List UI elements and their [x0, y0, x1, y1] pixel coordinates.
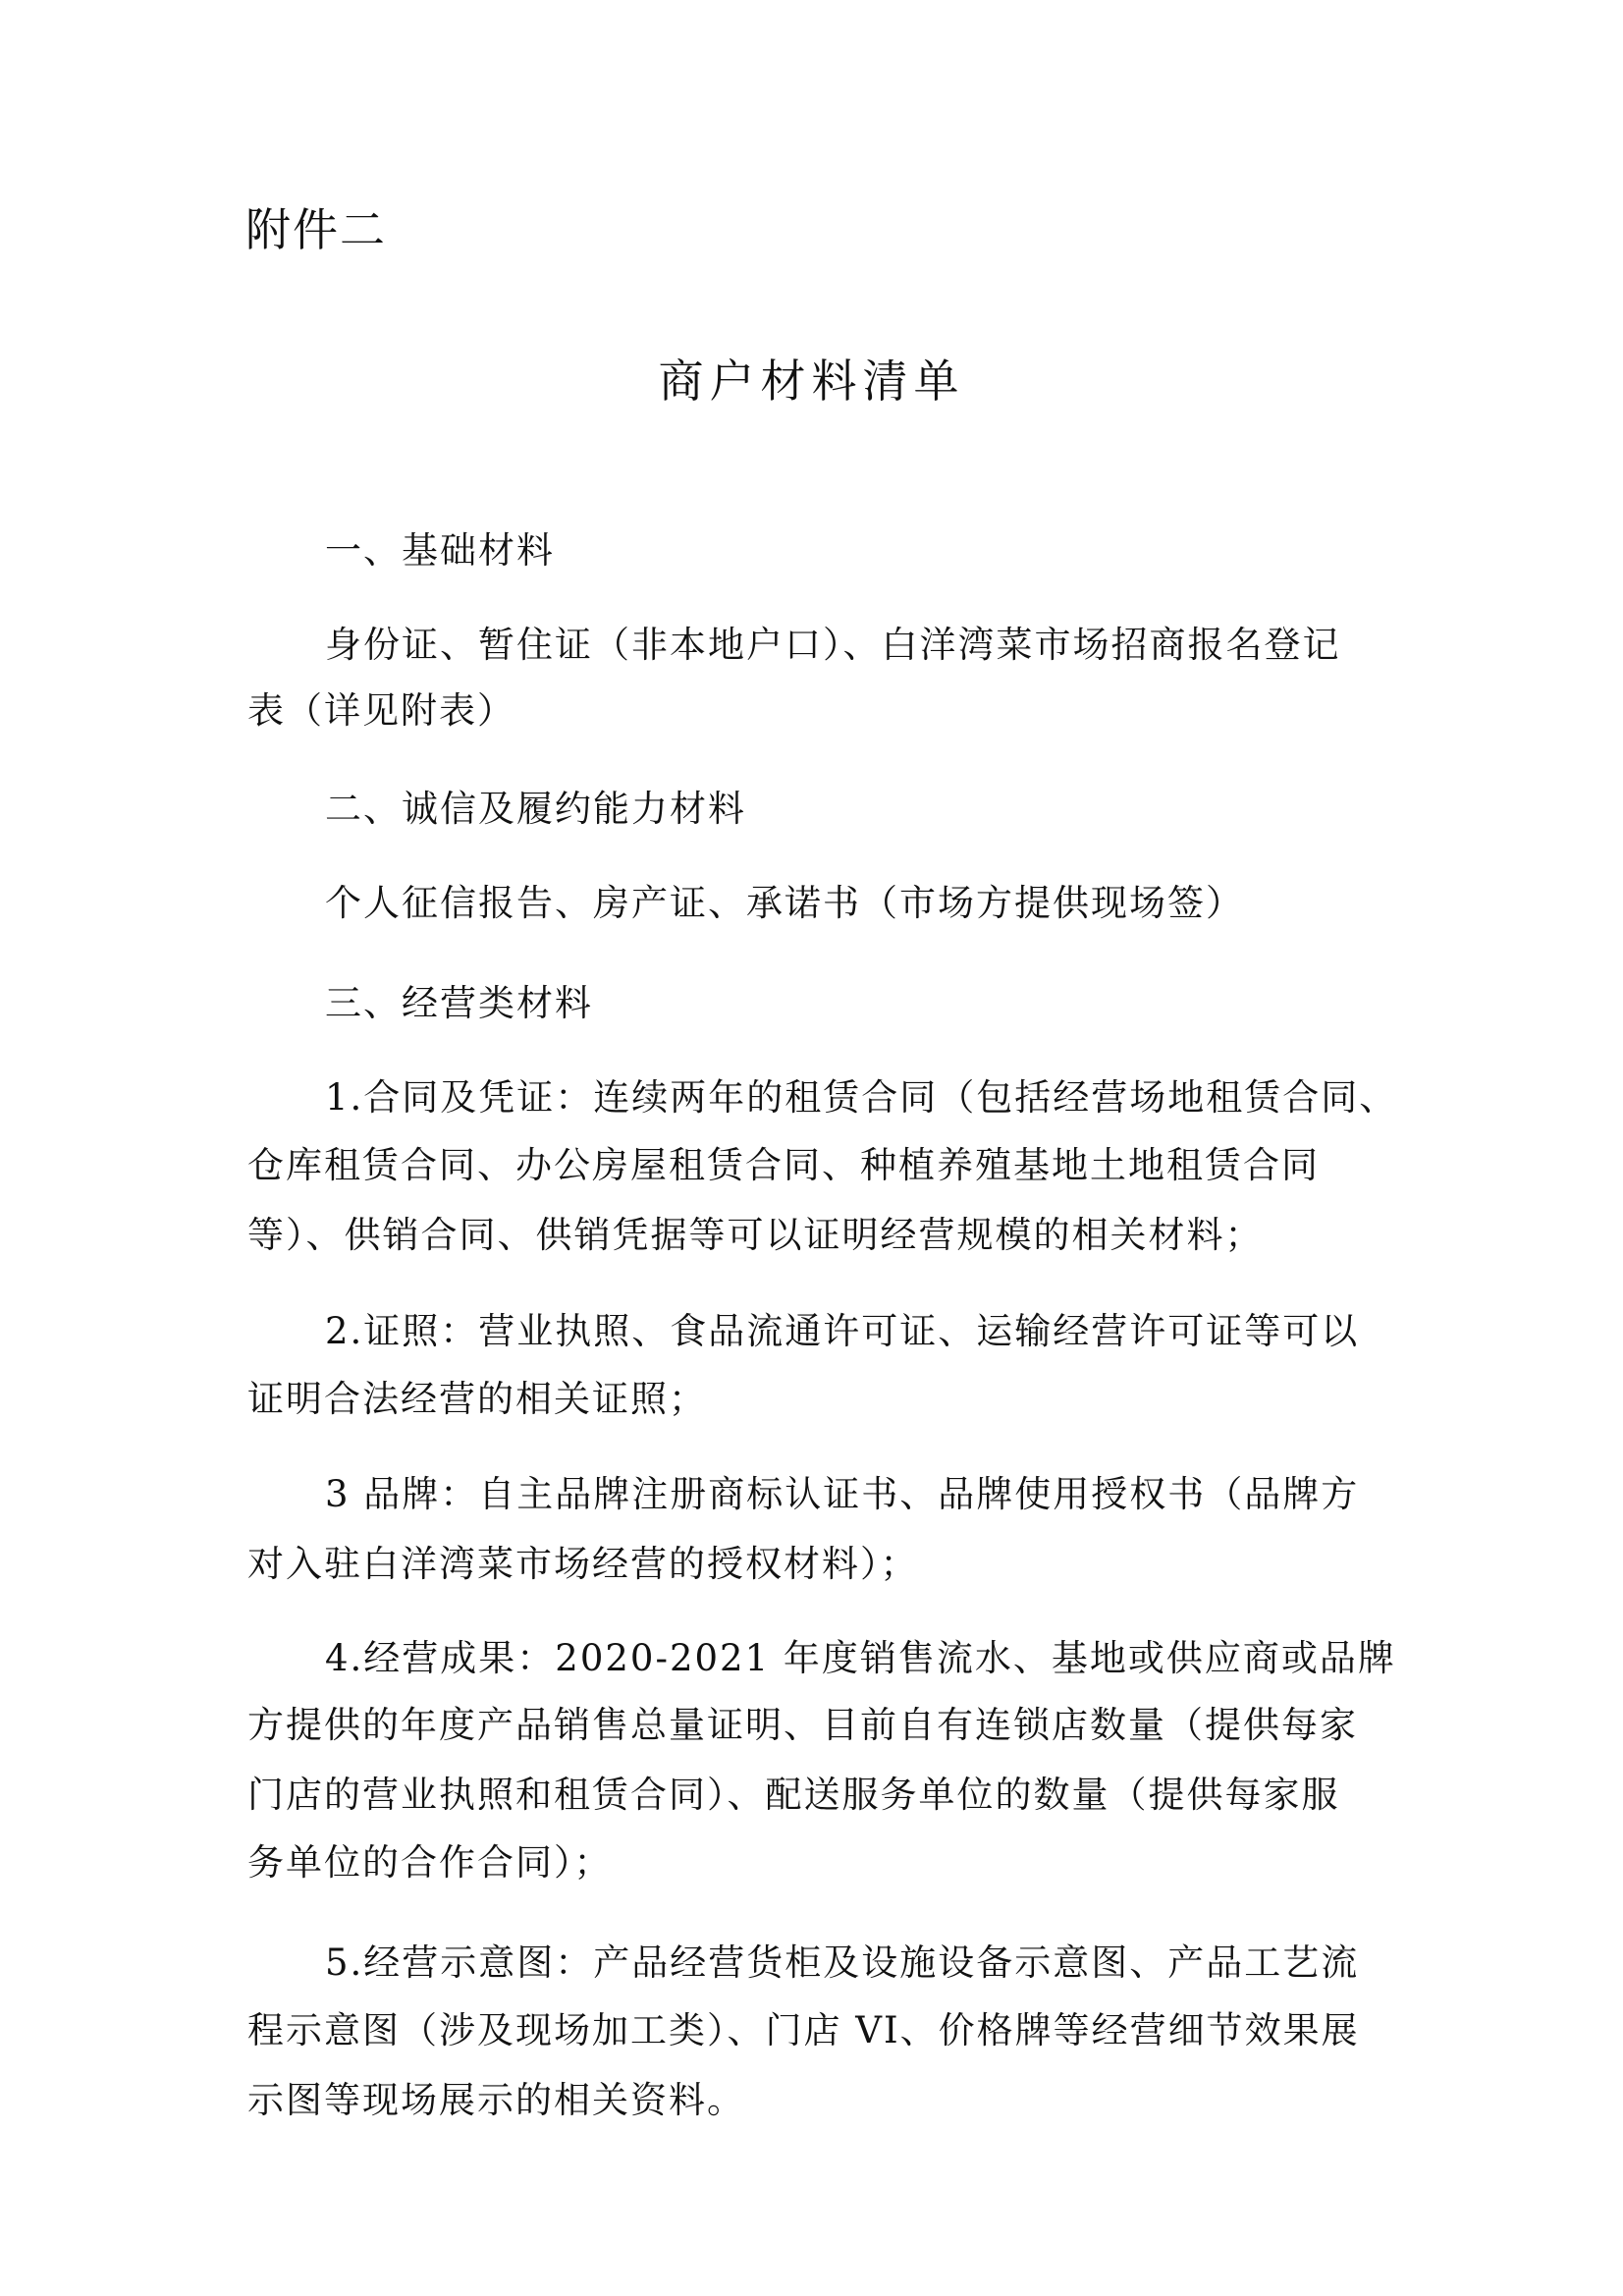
attachment-label: 附件二 — [245, 204, 387, 255]
item-contracts-line-3: 等）、供销合同、供销凭据等可以证明经营规模的相关材料； — [247, 1214, 1264, 1257]
document-title: 商户材料清单 — [0, 355, 1623, 407]
item-contracts-line-1: 1.合同及凭证：连续两年的租赁合同（包括经营场地租赁合同、 — [325, 1076, 1397, 1120]
document-page: 附件二 商户材料清单 一、基础材料 身份证、暂住证（非本地户口）、白洋湾菜市场招… — [0, 0, 1623, 2296]
item-licenses-line-2: 证明合法经营的相关证照； — [247, 1378, 707, 1421]
credit-materials-line-1: 个人征信报告、房产证、承诺书（市场方提供现场签） — [325, 882, 1244, 925]
basic-materials-line-1: 身份证、暂住证（非本地户口）、白洋湾菜市场招商报名登记 — [325, 624, 1341, 667]
item-licenses-line-1: 2.证照：营业执照、食品流通许可证、运输经营许可证等可以 — [325, 1310, 1359, 1353]
item-brand-line-2: 对入驻白洋湾菜市场经营的授权材料）； — [247, 1543, 919, 1586]
item-contracts-line-2: 仓库租赁合同、办公房屋租赁合同、种植养殖基地土地租赁合同 — [247, 1144, 1320, 1187]
item-results-line-2: 方提供的年度产品销售总量证明、目前自有连锁店数量（提供每家 — [247, 1704, 1358, 1747]
section-heading-credit: 二、诚信及履约能力材料 — [325, 788, 746, 831]
item-diagrams-line-2: 程示意图（涉及现场加工类）、门店 VI、价格牌等经营细节效果展 — [247, 2009, 1360, 2052]
item-results-line-4: 务单位的合作合同）； — [247, 1841, 613, 1885]
item-brand-line-1: 3 品牌：自主品牌注册商标认证书、品牌使用授权书（品牌方 — [325, 1473, 1359, 1516]
basic-materials-line-2: 表（详见附表） — [247, 689, 515, 733]
item-diagrams-line-1: 5.经营示意图：产品经营货柜及设施设备示意图、产品工艺流 — [325, 1941, 1359, 1985]
item-diagrams-line-3: 示图等现场展示的相关资料。 — [247, 2079, 745, 2122]
item-results-line-1: 4.经营成果：2020-2021 年度销售流水、基地或供应商或品牌 — [325, 1637, 1396, 1680]
item-results-line-3: 门店的营业执照和租赁合同）、配送服务单位的数量（提供每家服 — [247, 1774, 1340, 1817]
section-heading-basic: 一、基础材料 — [325, 529, 555, 573]
section-heading-business: 三、经营类材料 — [325, 982, 593, 1025]
